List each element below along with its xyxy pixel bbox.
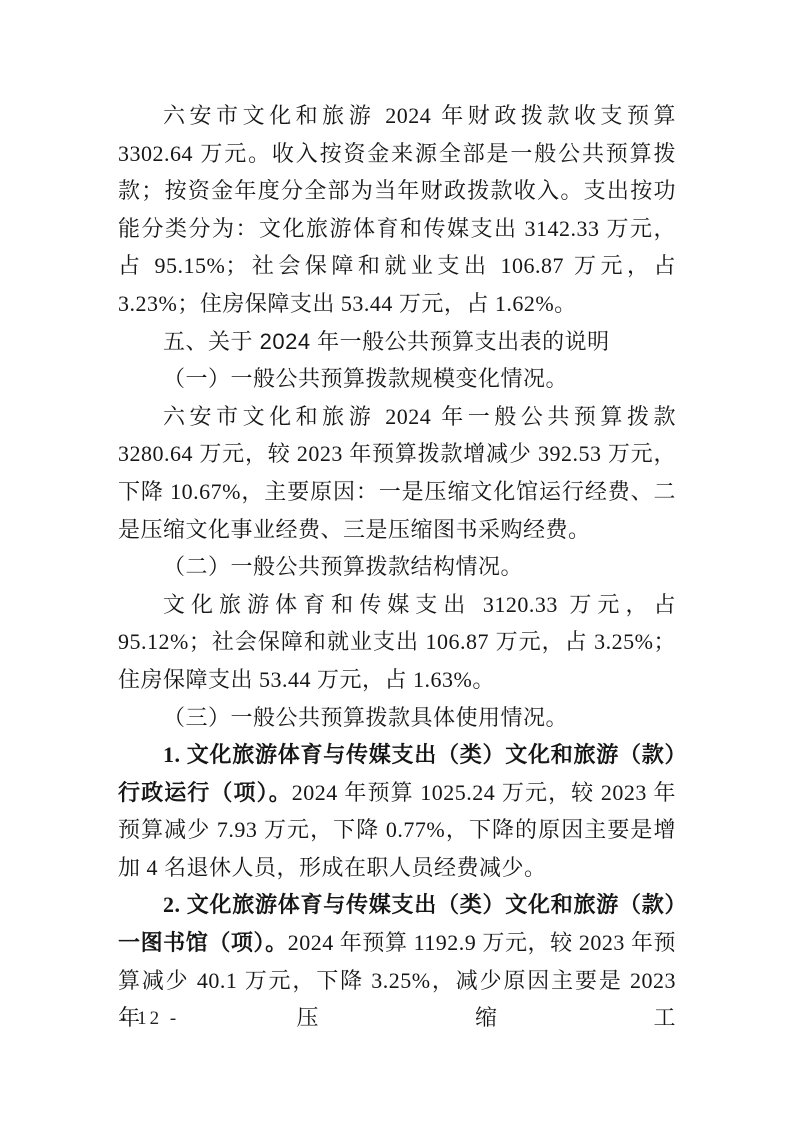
document-page: 六安市文化和旅游 2024 年财政拨款收支预算 3302.64 万元。收入按资金… [0, 0, 793, 1122]
item-2-paragraph: 2. 文化旅游体育与传媒支出（类）文化和旅游（款）一图书馆（项）。2024 年预… [118, 886, 676, 1036]
item-1-paragraph: 1. 文化旅游体育与传媒支出（类）文化和旅游（款）行政运行（项）。2024 年预… [118, 736, 676, 886]
subsection-3-heading: （三）一般公共预算拨款具体使用情况。 [118, 699, 676, 737]
section-5-heading: 五、关于 2024 年一般公共预算支出表的说明 [118, 323, 676, 361]
subsection-2-paragraph: 文化旅游体育和传媒支出 3120.33 万元，占 95.12%；社会保障和就业支… [118, 586, 676, 699]
subsection-1-heading: （一）一般公共预算拨款规模变化情况。 [118, 360, 676, 398]
subsection-2-heading: （二）一般公共预算拨款结构情况。 [118, 548, 676, 586]
subsection-1-paragraph: 六安市文化和旅游 2024 年一般公共预算拨款 3280.64 万元，较 202… [118, 398, 676, 548]
document-body: 六安市文化和旅游 2024 年财政拨款收支预算 3302.64 万元。收入按资金… [118, 97, 676, 1037]
page-number: - 12 - [120, 1008, 179, 1030]
intro-paragraph: 六安市文化和旅游 2024 年财政拨款收支预算 3302.64 万元。收入按资金… [118, 97, 676, 323]
